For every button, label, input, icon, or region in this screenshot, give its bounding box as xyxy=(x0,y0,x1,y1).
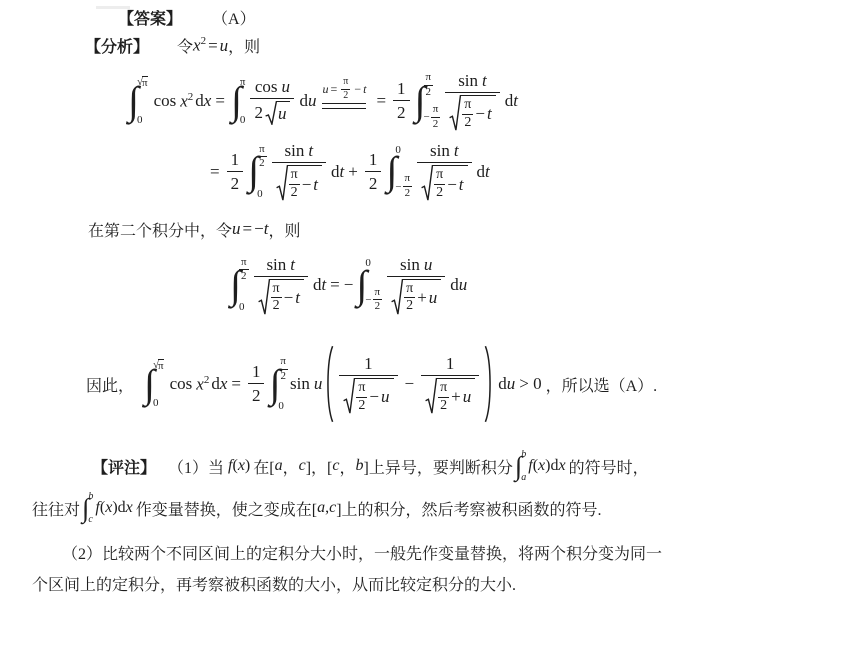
one-half: 1 2 xyxy=(393,79,410,123)
equation-1: ∫ √π 0 cos x2 dx = ∫ π 0 cosu 2u du u = … xyxy=(0,71,846,131)
analysis-label: 【分析】 xyxy=(85,34,149,57)
var-u: u xyxy=(459,275,468,295)
var-x: x xyxy=(126,499,133,517)
sqrt-pi2-minus-t: π2−t xyxy=(258,279,304,315)
limit-b: b xyxy=(521,449,526,460)
sqrt-pi2-minus-t: π2−t xyxy=(276,165,322,201)
sin: sin xyxy=(266,255,286,275)
fraction-one-over-sqrt-minus: 1 π2−u xyxy=(339,354,397,414)
pi: π xyxy=(257,144,267,157)
right-paren: ) xyxy=(245,457,250,475)
equals: = xyxy=(208,36,218,56)
minus: − xyxy=(395,181,401,193)
equals: = xyxy=(215,91,225,111)
sqrt-pi2-minus-t: π2−t xyxy=(421,165,467,201)
var-u: u xyxy=(381,387,390,407)
pi: π xyxy=(271,282,282,298)
cos: cos xyxy=(154,91,177,111)
remark-line-1: 【评注】 （1）当 f ( x ) 在[a，c]，[c，b]上异号，要判断积分 … xyxy=(0,449,846,483)
sin: sin xyxy=(290,374,310,394)
let-text: 令 xyxy=(177,34,193,57)
pi: π xyxy=(278,356,288,369)
fraction-sint: sint π2−t xyxy=(445,71,499,131)
cos: cos xyxy=(170,374,193,394)
fraction-cosu-over-2sqrtu: cosu 2u xyxy=(250,77,294,125)
equals: = xyxy=(243,219,253,239)
exponent-2: 2 xyxy=(188,91,194,103)
var-c: c xyxy=(329,499,336,517)
analysis-line: 【分析】 令 x2 = u ，则 xyxy=(0,34,846,57)
var-t: t xyxy=(313,175,318,195)
pi: π xyxy=(373,287,383,300)
limit-neg-pi-over-2: −π2 xyxy=(424,104,441,130)
var-x: x xyxy=(204,91,212,111)
two: 2 xyxy=(393,100,410,123)
var-u: u xyxy=(429,288,438,308)
var-u: u xyxy=(507,374,516,394)
fraction-sint: sint π2−t xyxy=(254,255,308,315)
minus: − xyxy=(254,219,264,239)
two: 2 xyxy=(356,397,367,414)
pi-over-2: π2 xyxy=(271,282,282,314)
double-underline xyxy=(322,103,366,109)
var-u: u xyxy=(314,374,323,394)
limit-zero: 0 xyxy=(278,400,284,412)
sin: sin xyxy=(458,71,478,91)
limit-b: b xyxy=(88,491,93,502)
exponent-2: 2 xyxy=(204,374,210,386)
integral: ∫ √π 0 xyxy=(144,359,164,409)
var-t: t xyxy=(308,141,313,161)
radical-icon xyxy=(258,279,270,315)
x-squared: x2 xyxy=(193,35,206,56)
greater-than-zero: > 0 xyxy=(519,374,541,394)
var-t: t xyxy=(340,162,345,182)
equals: = xyxy=(330,275,340,295)
conclusion-tail: ，所以选（A）. xyxy=(546,373,658,396)
two: 2 xyxy=(248,383,265,406)
one: 1 xyxy=(442,354,459,375)
pi: π xyxy=(341,77,350,89)
remark2-mid: 作变量替换，使之变成在[ xyxy=(136,497,317,520)
dx: dx xyxy=(195,91,211,111)
var-u: u xyxy=(308,91,317,111)
integral-c-b: ∫ b c xyxy=(82,491,93,525)
one-half: 1 2 xyxy=(365,150,382,194)
one: 1 xyxy=(365,150,382,171)
sin: sin xyxy=(285,141,305,161)
pi-over-2: π2 xyxy=(373,287,383,313)
pi: π xyxy=(404,282,415,298)
pi: π xyxy=(158,359,164,372)
integral: ∫ 0 −π2 xyxy=(356,257,382,313)
limit-zero: 0 xyxy=(239,301,245,313)
two: 2 xyxy=(289,184,300,201)
answer-line: 【答案】 （A） xyxy=(0,6,846,29)
fraction-sint: sint π2−t xyxy=(417,141,471,201)
d: d xyxy=(450,275,459,295)
var-x: x xyxy=(105,499,112,517)
pi: π xyxy=(462,98,473,114)
var-u: u xyxy=(424,255,433,275)
minus: − xyxy=(447,175,457,195)
pi: π xyxy=(356,381,367,397)
var-c: c xyxy=(299,457,306,475)
two: 2 xyxy=(403,186,413,200)
remark2-tail: ]上的积分，然后考察被积函数的符号. xyxy=(336,497,601,520)
one: 1 xyxy=(360,354,377,375)
remark-label: 【评注】 xyxy=(92,455,156,478)
var-t: t xyxy=(295,288,300,308)
dt: dt xyxy=(477,162,490,182)
equals: = xyxy=(210,162,220,182)
plus: + xyxy=(348,162,358,182)
var-t: t xyxy=(485,162,490,182)
dx: dx xyxy=(211,374,227,394)
remark-in: 在[ xyxy=(253,455,274,478)
pi: π xyxy=(424,72,434,85)
d: d xyxy=(477,162,486,182)
pi-over-2: π2 xyxy=(431,104,441,130)
d: d xyxy=(505,91,514,111)
equals: = xyxy=(231,374,241,394)
var-x: x xyxy=(220,374,228,394)
pi: π xyxy=(403,173,413,186)
left-paren xyxy=(324,345,334,423)
second-substitution-line: 在第二个积分中，令 u = − t ，则 xyxy=(0,218,846,241)
inline-substitution: x2 = u xyxy=(193,35,228,56)
var-u: u xyxy=(463,387,472,407)
du: du xyxy=(498,374,515,394)
integral: ∫ π2 0 xyxy=(269,356,288,412)
var-x: x xyxy=(238,457,245,475)
radical-icon xyxy=(391,279,403,315)
two: 2 xyxy=(438,397,449,414)
limit-pi-over-2: π2 xyxy=(424,72,434,98)
sin: sin xyxy=(430,141,450,161)
limit-zero: 0 xyxy=(153,397,159,409)
var-a: a xyxy=(317,499,325,517)
minus: − xyxy=(284,288,294,308)
one-half: 1 2 xyxy=(227,150,244,194)
d: d xyxy=(118,499,126,517)
exponent-2: 2 xyxy=(201,35,207,47)
substitution-annotation: u = π2 − t xyxy=(322,77,366,109)
pi: π xyxy=(289,168,300,184)
two: 2 xyxy=(424,85,434,99)
var-t: t xyxy=(482,71,487,91)
equation-3: ∫ π2 0 sint π2−t dt = − ∫ 0 −π2 sinu π2+… xyxy=(0,255,846,315)
remark2-start: 往往对 xyxy=(32,497,80,520)
sqrt-u: u xyxy=(265,101,291,125)
two: 2 xyxy=(239,269,249,283)
fraction-sint: sint π2−t xyxy=(272,141,326,201)
integral-a-b: ∫ b a xyxy=(515,449,526,483)
two: 2 xyxy=(462,114,473,131)
var-t: t xyxy=(459,175,464,195)
two: 2 xyxy=(341,89,350,102)
dt: dt xyxy=(313,275,326,295)
two: 2 xyxy=(271,297,282,314)
equals: = xyxy=(330,82,337,97)
limit-zero: 0 xyxy=(240,114,246,126)
radical-icon xyxy=(343,378,355,414)
var-t: t xyxy=(321,275,326,295)
d: d xyxy=(299,91,308,111)
minus: − xyxy=(344,275,354,295)
remark-line-2: 往往对 ∫ b c f ( x ) d x 作变量替换，使之变成在[a, c]上… xyxy=(0,491,846,525)
du: du xyxy=(299,91,316,111)
var-x: x xyxy=(196,374,204,393)
limit-zero: 0 xyxy=(365,257,371,269)
equation-2: = 1 2 ∫ π2 0 sint π2−t dt + 1 2 ∫ 0 −π2 xyxy=(0,141,846,201)
minus: − xyxy=(424,111,430,123)
pi-over-2: π2 xyxy=(403,173,413,199)
two: 2 xyxy=(404,297,415,314)
var-u: u xyxy=(278,104,287,124)
integral: ∫ √π 0 xyxy=(128,76,148,126)
var-t: t xyxy=(487,104,492,124)
integral: ∫ π2 0 xyxy=(248,144,267,200)
pi-over-2: π2 xyxy=(462,98,473,130)
var-t: t xyxy=(513,91,518,111)
pi-over-2: π2 xyxy=(356,381,367,413)
second-integral-post: ，则 xyxy=(268,218,300,241)
d: d xyxy=(211,374,220,394)
right-paren xyxy=(484,345,494,423)
limit-sqrt-pi: √π xyxy=(153,359,164,372)
two: 2 xyxy=(434,184,445,201)
integral: ∫ 0 −π2 xyxy=(386,144,412,200)
x-squared: x2 xyxy=(196,374,209,395)
dt: dt xyxy=(331,162,344,182)
limit-neg-pi-over-2: −π2 xyxy=(365,287,382,313)
d: d xyxy=(313,275,322,295)
var-u: u xyxy=(220,36,229,56)
sqrt-pi2-plus-u: π2+u xyxy=(425,378,475,414)
radical-icon xyxy=(276,165,288,201)
radical-icon xyxy=(449,95,461,131)
var-u: u xyxy=(232,219,241,239)
sqrt-pi2-minus-u: π2−u xyxy=(343,378,393,414)
pi-over-2: π2 xyxy=(438,381,449,413)
then-text: ，则 xyxy=(228,34,260,57)
limit-pi-over-2: π2 xyxy=(257,144,267,170)
var-c: c xyxy=(332,457,339,475)
pi-over-2: π2 xyxy=(404,282,415,314)
fraction-one-over-sqrt-plus: 1 π2+u xyxy=(421,354,479,414)
integral: ∫ π2 0 xyxy=(230,257,249,313)
p2-line1-text: （2）比较两个不同区间上的定积分大小时，一般先作变量替换，将两个积分变为同一 xyxy=(62,541,662,564)
var-x: x xyxy=(193,36,201,55)
var-t: t xyxy=(363,82,366,97)
limit-a: a xyxy=(521,472,526,483)
limit-pi-over-2: π2 xyxy=(278,356,288,382)
limit-c: c xyxy=(88,514,92,525)
integral: ∫ π2 −π2 xyxy=(415,72,441,130)
limit-pi: π xyxy=(240,76,246,88)
two: 2 xyxy=(365,171,382,194)
one: 1 xyxy=(393,79,410,100)
remark-tail: ]上异号，要判断积分 xyxy=(364,455,513,478)
equals: = xyxy=(376,91,386,111)
answer-value: （A） xyxy=(212,6,256,29)
one: 1 xyxy=(248,362,265,383)
pi-over-2: π2 xyxy=(289,168,300,200)
pi: π xyxy=(438,381,449,397)
scan-artifact xyxy=(96,6,130,9)
sqrt-pi2-minus-t: π2−t xyxy=(449,95,495,131)
one-half: 1 2 xyxy=(248,362,265,406)
var-x: x xyxy=(558,457,565,475)
dt: dt xyxy=(505,91,518,111)
minus: − xyxy=(475,104,485,124)
therefore-text: 因此， xyxy=(86,373,134,396)
minus: − xyxy=(365,294,371,306)
f-of-x: f ( x ) xyxy=(224,457,253,475)
sin: sin xyxy=(400,255,420,275)
two: 2 xyxy=(257,156,267,170)
pi-over-2: π2 xyxy=(434,168,445,200)
var-x: x xyxy=(538,457,545,475)
var-x: x xyxy=(180,92,188,111)
f-of-x-dx: f ( x ) d x xyxy=(95,499,135,517)
two: 2 xyxy=(254,103,263,123)
two: 2 xyxy=(227,171,244,194)
document-page: 【答案】 （A） 【分析】 令 x2 = u ，则 ∫ √π 0 cos x2 … xyxy=(0,6,846,672)
minus: − xyxy=(405,374,415,394)
two: 2 xyxy=(431,117,441,131)
integral: ∫ π 0 xyxy=(231,76,246,126)
equation-4: 因此， ∫ √π 0 cos x2 dx = 1 2 ∫ π2 0 sin u … xyxy=(0,345,846,423)
pi: π xyxy=(142,76,148,89)
comma: ， xyxy=(340,455,356,478)
limit-neg-pi-over-2: −π2 xyxy=(395,173,412,199)
limit-sqrt-pi: √π xyxy=(137,76,148,89)
radical-icon xyxy=(421,165,433,201)
pi: π xyxy=(434,168,445,184)
p2-line2-text: 个区间上的定积分，再考察被积函数的大小，从而比较定积分的大小. xyxy=(32,572,516,595)
limit-pi-over-2: π2 xyxy=(239,257,249,283)
d: d xyxy=(195,91,204,111)
var-u: u xyxy=(322,82,328,97)
minus: − xyxy=(354,82,361,97)
radical-icon xyxy=(425,378,437,414)
d: d xyxy=(331,162,340,182)
limit-zero: 0 xyxy=(257,188,263,200)
pi-over-2: π2 xyxy=(341,77,350,101)
second-integral-pre: 在第二个积分中，令 xyxy=(88,218,232,241)
minus: − xyxy=(302,175,312,195)
comma: ， xyxy=(283,455,299,478)
remark-open: （1）当 xyxy=(168,455,224,478)
var-a: a xyxy=(275,457,283,475)
paragraph-2-line-2: 个区间上的定积分，再考察被积函数的大小，从而比较定积分的大小. xyxy=(0,572,846,595)
plus: + xyxy=(451,387,461,407)
d: d xyxy=(498,374,507,394)
cos: cos xyxy=(255,77,278,97)
two: 2 xyxy=(278,369,288,383)
sqrt-pi2-plus-u: π2+u xyxy=(391,279,441,315)
var-t: t xyxy=(290,255,295,275)
plus: + xyxy=(417,288,427,308)
pi: π xyxy=(239,257,249,270)
x-squared: x2 xyxy=(180,91,193,112)
pi: π xyxy=(431,104,441,117)
f-of-x-dx: f ( x ) d x xyxy=(528,457,568,475)
one: 1 xyxy=(227,150,244,171)
var-u: u xyxy=(282,77,291,97)
paragraph-2-line-1: （2）比较两个不同区间上的定积分大小时，一般先作变量替换，将两个积分变为同一 xyxy=(0,541,846,564)
limit-zero: 0 xyxy=(395,144,401,156)
inline-u-eq-neg-t: u = − t xyxy=(232,219,268,239)
var-b: b xyxy=(356,457,364,475)
bracket-mid: ]，[ xyxy=(306,455,333,478)
two: 2 xyxy=(373,299,383,313)
radical-icon xyxy=(265,101,277,125)
remark-end: 的符号时， xyxy=(569,455,649,478)
fraction-sinu: sinu π2+u xyxy=(387,255,445,315)
answer-label: 【答案】 xyxy=(118,6,182,29)
du: du xyxy=(450,275,467,295)
minus: − xyxy=(369,387,379,407)
limit-zero: 0 xyxy=(137,114,143,126)
var-t: t xyxy=(454,141,459,161)
